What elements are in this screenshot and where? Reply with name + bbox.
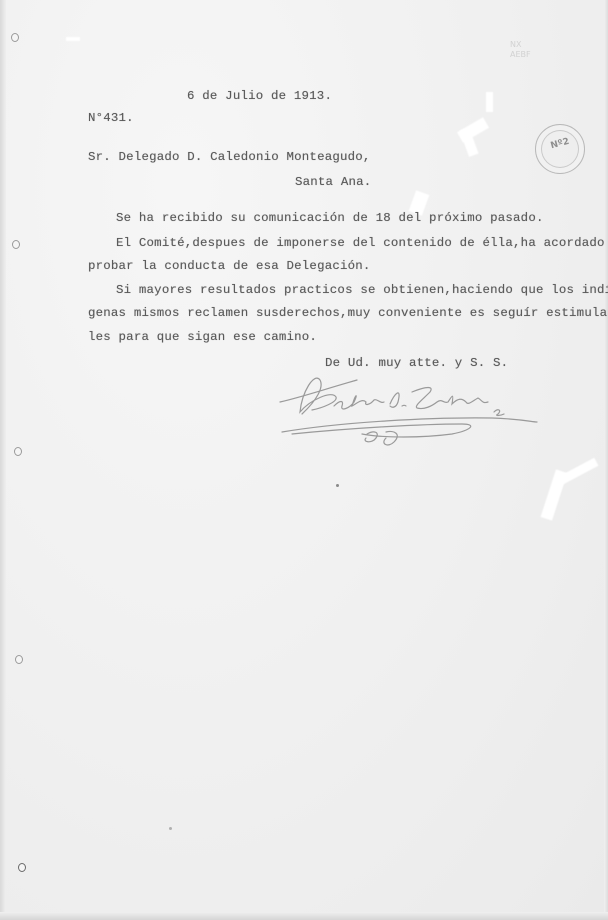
closing-formula: De Ud. muy atte. y S. S. — [325, 356, 508, 370]
faint-archive-mark: NX AEBF — [510, 40, 531, 60]
paragraph-3-line-3: les para que sigan ese camino. — [88, 330, 317, 344]
stamp-label: Nº2 — [536, 133, 585, 155]
circular-stamp-icon: Nº2 — [535, 124, 585, 174]
paragraph-3-line-1: Si mayores resultados practicos se obtie… — [116, 283, 608, 297]
punch-hole-icon — [15, 655, 23, 664]
punch-hole-icon — [18, 863, 26, 872]
ink-dot — [336, 484, 339, 487]
paragraph-3-line-2: genas mismos reclamen susderechos,muy co… — [88, 306, 608, 320]
punch-hole-icon — [11, 33, 19, 42]
punch-hole-icon — [14, 447, 22, 456]
page-edge-right — [604, 0, 608, 920]
page-edge-left — [0, 0, 6, 920]
page-edge-bottom — [0, 912, 608, 920]
addressee-place: Santa Ana. — [295, 175, 371, 189]
addressee: Sr. Delegado D. Caledonio Monteagudo, — [88, 150, 371, 164]
paper-tear — [486, 92, 493, 112]
faint-mark-line: NX — [510, 40, 531, 50]
reference-number: N°431. — [88, 111, 134, 125]
faint-mark-line: AEBF — [510, 50, 531, 60]
document-page: NX AEBF Nº2 6 de Julio de 1913. N°431. S… — [0, 0, 608, 920]
ink-dot — [169, 827, 172, 830]
letter-date: 6 de Julio de 1913. — [187, 89, 332, 103]
paper-tear — [541, 469, 568, 520]
punch-hole-icon — [12, 240, 20, 249]
paper-tear — [66, 37, 80, 41]
paragraph-1: Se ha recibido su comunicación de 18 del… — [116, 211, 544, 225]
paragraph-2-line-1: El Comité,despues de imponerse del conte… — [116, 236, 608, 250]
handwritten-signature-icon: Pedro S. Zulen — [262, 372, 542, 450]
paragraph-2-line-2: probar la conducta de esa Delegación. — [88, 259, 371, 273]
